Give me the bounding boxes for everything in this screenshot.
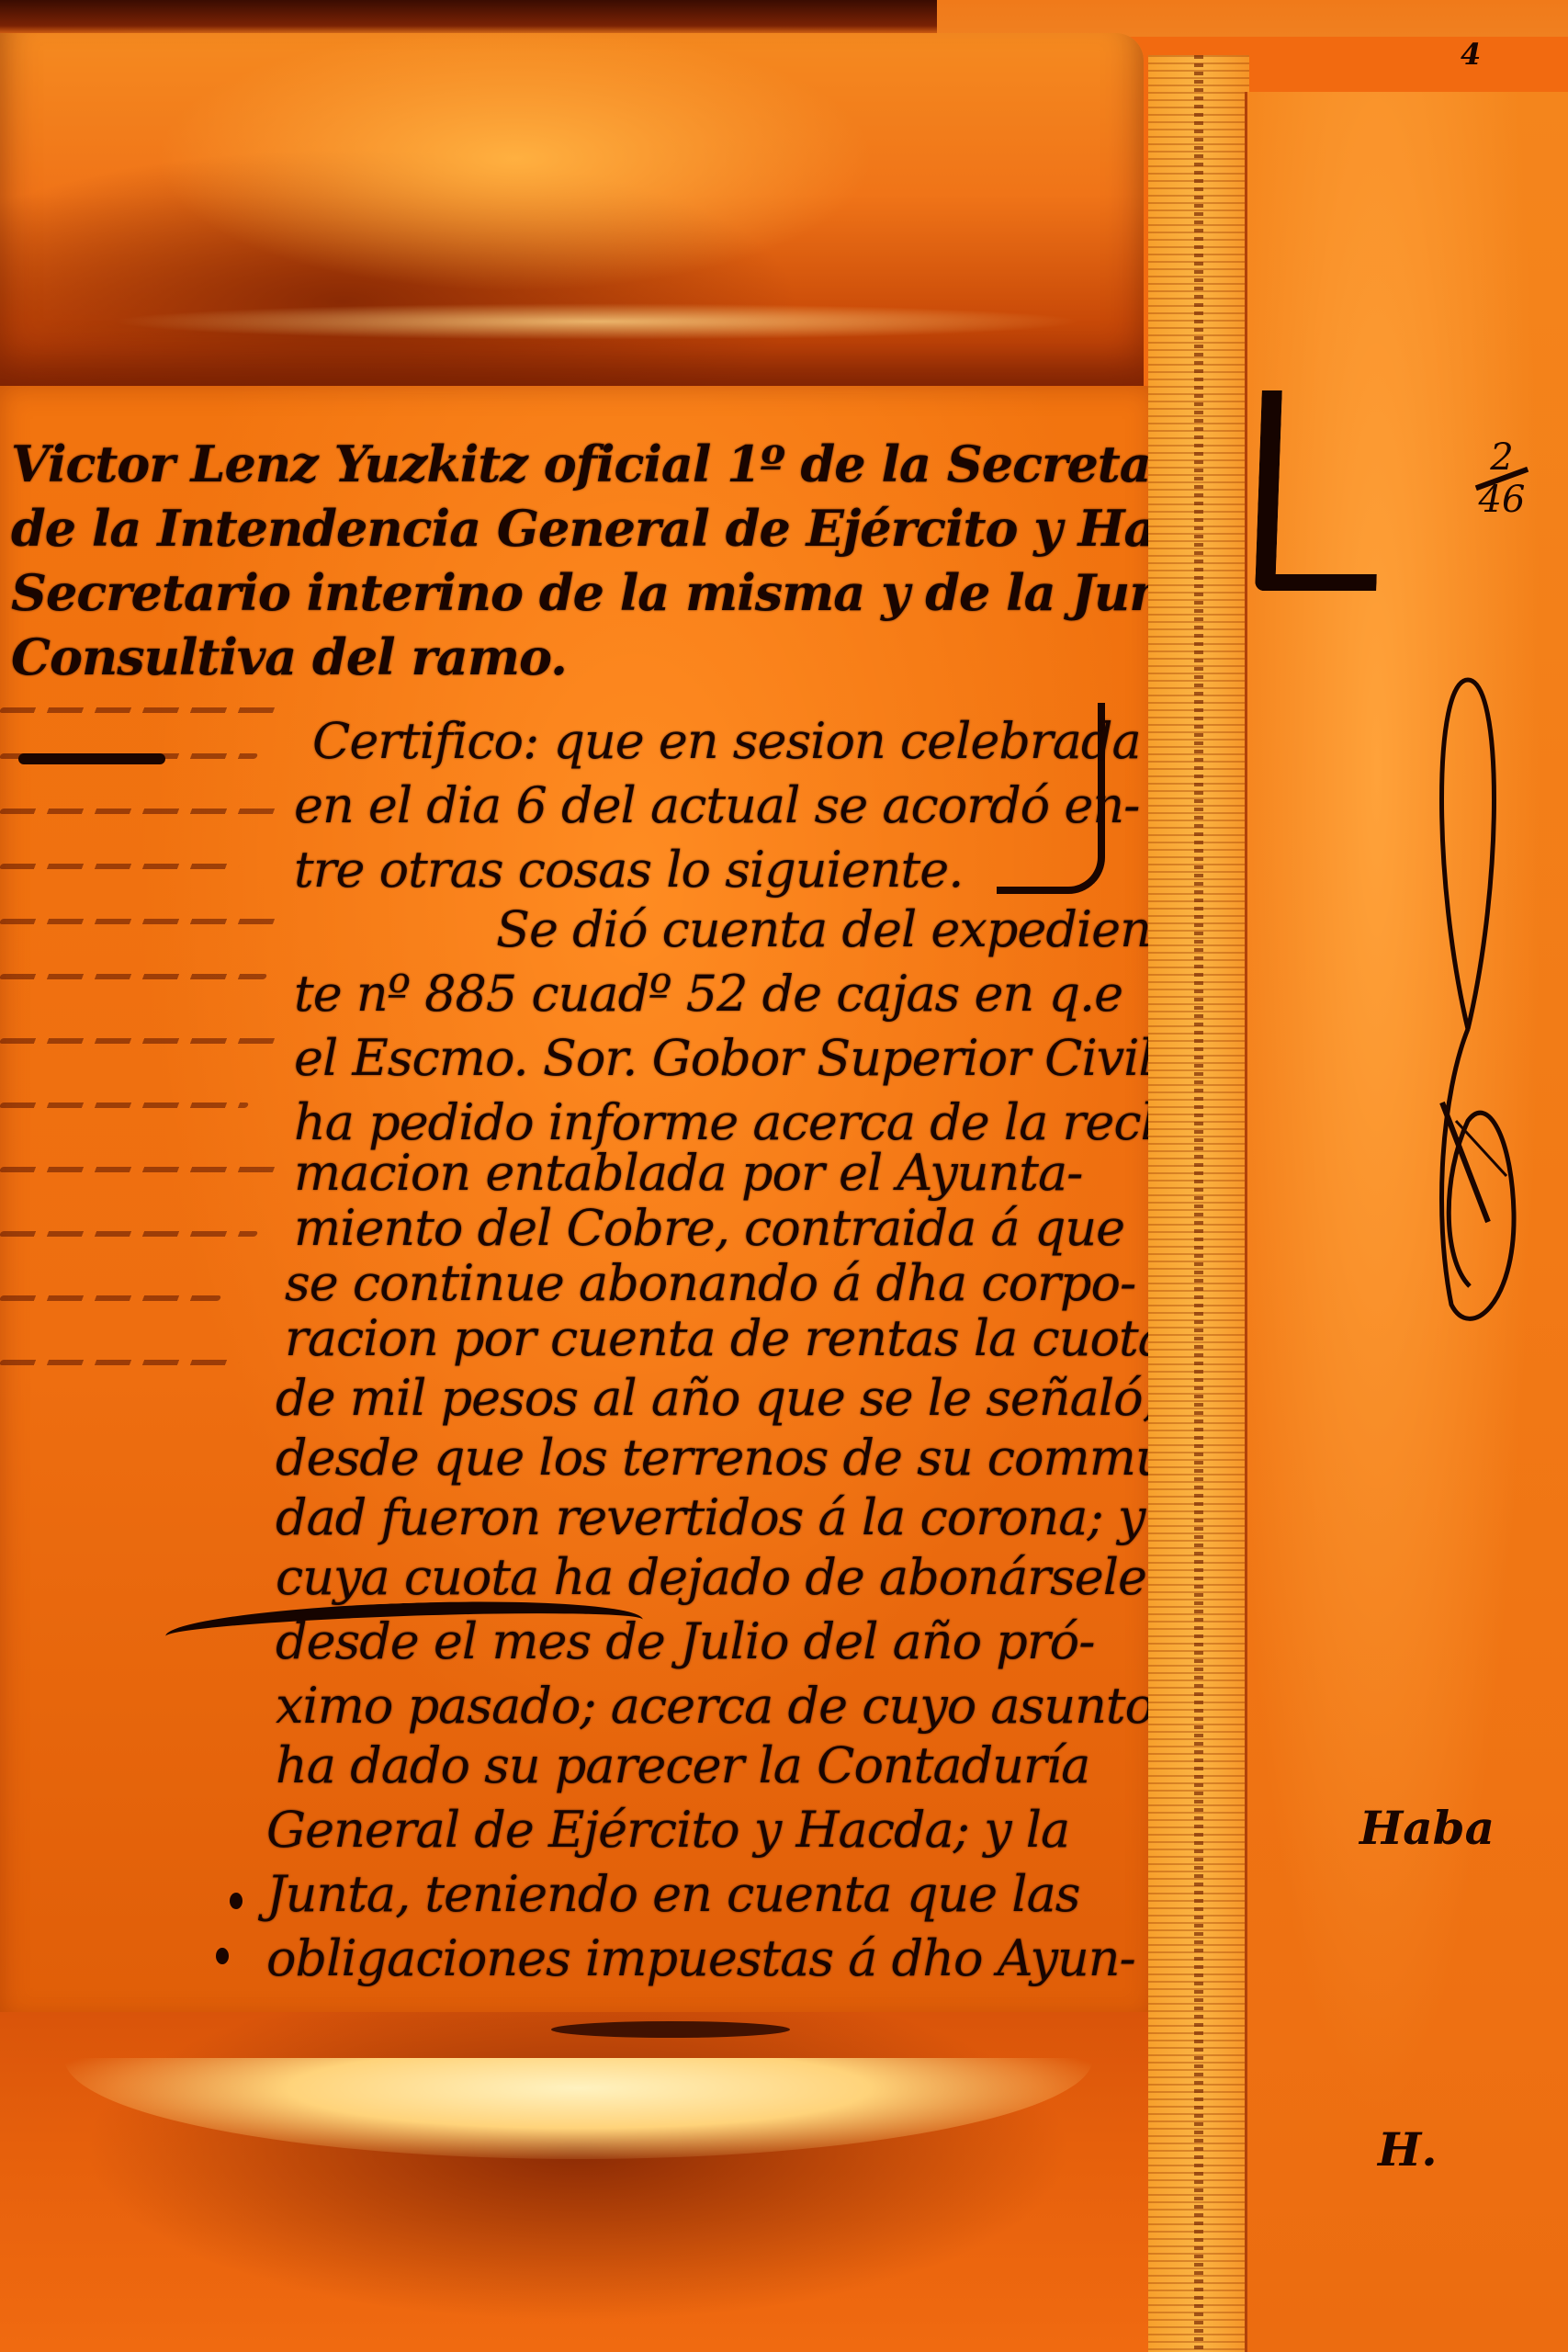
rubric-signature-icon	[1415, 661, 1525, 1341]
margin-dot	[230, 1893, 243, 1909]
top-right-edge	[937, 0, 1568, 37]
text-line: General de Ejército y Hacda; y la	[266, 1805, 1069, 1855]
text-line: de la Intendencia General de Ejército y …	[11, 503, 1266, 553]
text-line: Junta, teniendo en cuenta que las	[266, 1870, 1079, 1919]
text-line: cuya cuota ha dejado de abonársele	[276, 1553, 1146, 1602]
flap-light-reflection	[110, 303, 1084, 340]
text-line: macion entablada por el Ayunta-	[294, 1148, 1082, 1198]
text-line: el Escmo. Sor. Gobor Superior Civil	[294, 1034, 1154, 1083]
text-line: desde que los terrenos de su communi-	[276, 1433, 1228, 1483]
text-line: desde el mes de Julio del año pró-	[276, 1617, 1094, 1667]
text-line: te nº 885 cuadº 52 de cajas en q.e	[294, 969, 1122, 1019]
facing-leaf-word: Haba	[1359, 1801, 1495, 1855]
folio-number: 2 46	[1474, 441, 1529, 516]
text-line: ha dado su parecer la Contaduría	[276, 1741, 1089, 1791]
corner-number: 4	[1461, 37, 1481, 72]
margin-dot	[216, 1948, 229, 1964]
text-line: Secretario interino de la misma y de la …	[11, 568, 1217, 617]
text-line: miento del Cobre, contraida á que	[294, 1204, 1124, 1253]
manuscript-photo: Victor Lenz Yuzkitz oficial 1º de la Sec…	[0, 0, 1568, 2352]
text-line: en el dia 6 del actual se acordó en-	[294, 781, 1139, 831]
text-line: ha pedido informe acerca de la recla-	[294, 1098, 1200, 1148]
text-line: ximo pasado; acerca de cuyo asunto	[276, 1681, 1154, 1731]
text-line: obligaciones impuestas á dho Ayun-	[266, 1934, 1135, 1984]
text-line: dad fueron revertidos á la corona; y	[276, 1493, 1145, 1543]
text-line: Victor Lenz Yuzkitz oficial 1º de la Sec…	[11, 439, 1225, 489]
binding-stitches	[1194, 55, 1203, 2352]
bleed-through-writing	[0, 698, 294, 1452]
text-line: Certifico: que en sesion celebrada	[312, 717, 1141, 766]
margin-l-mark	[1255, 390, 1383, 591]
text-line: Se dió cuenta del expedien-	[496, 905, 1167, 955]
ink-stroke	[18, 753, 165, 764]
text-line: racion por cuenta de rentas la cuota	[285, 1314, 1167, 1363]
text-line: Consultiva del ramo.	[11, 632, 567, 682]
text-line: se continue abonando á dha corpo-	[285, 1259, 1135, 1308]
text-line: tre otras cosas lo siguiente.	[294, 845, 963, 895]
ink-smear	[551, 2021, 790, 2038]
text-line: de mil pesos al año que se le señaló,	[276, 1374, 1157, 1423]
facing-leaf-word: H.	[1378, 2122, 1438, 2177]
